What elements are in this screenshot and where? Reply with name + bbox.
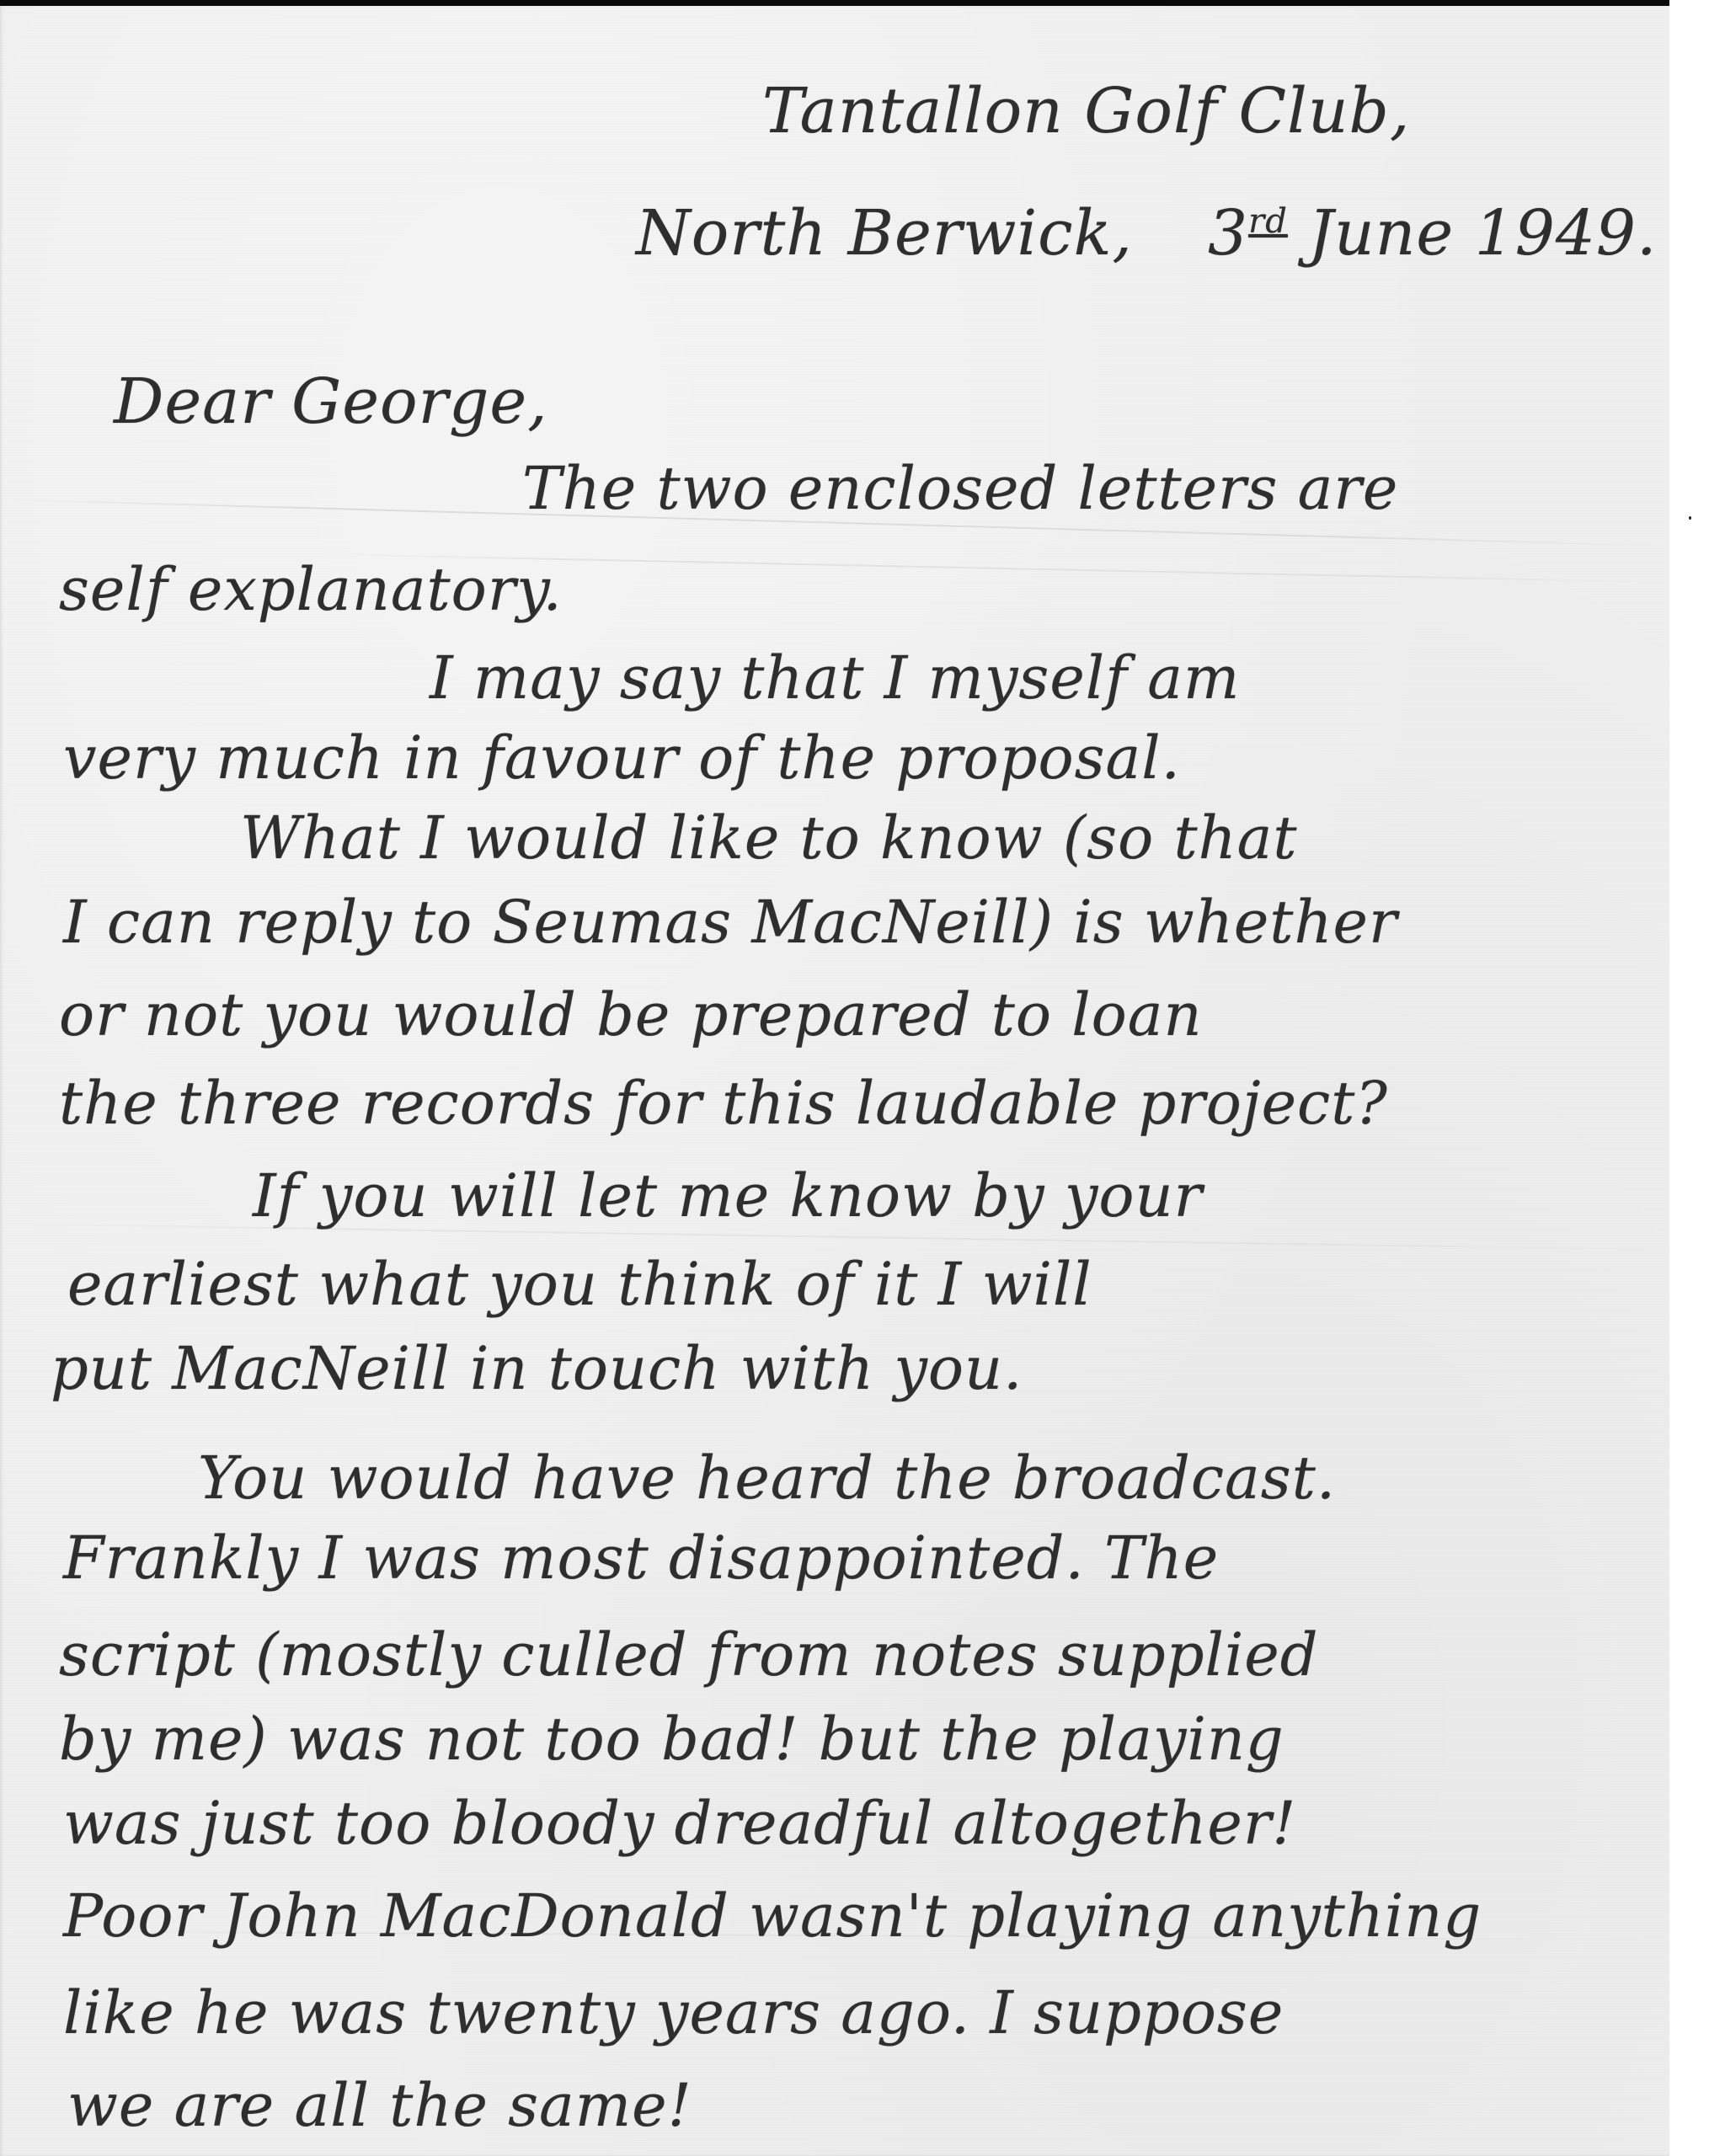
body-line: or not you would be prepared to loan: [59, 985, 1203, 1044]
body-line: Frankly I was most disappointed. The: [63, 1529, 1219, 1588]
body-line: by me) was not too bad! but the playing: [59, 1710, 1284, 1769]
body-line: I may say that I myself am: [430, 648, 1240, 707]
scan-speck: [1689, 516, 1691, 520]
body-line: like he was twenty years ago. I suppose: [63, 1983, 1284, 2042]
body-line: If you will let me know by your: [253, 1166, 1203, 1225]
body-line: we are all the same!: [67, 2076, 692, 2135]
body-line: very much in favour of the proposal.: [63, 728, 1181, 787]
scan-top-border: [0, 0, 1669, 6]
address-town: North Berwick,: [636, 197, 1133, 269]
body-line: self explanatory.: [59, 560, 563, 619]
body-line: The two enclosed letters are: [522, 459, 1398, 518]
body-line: put MacNeill in touch with you.: [51, 1339, 1023, 1398]
salutation: Dear George,: [114, 371, 548, 433]
body-line: was just too bloody dreadful altogether!: [63, 1794, 1296, 1853]
letterhead-address-line-1: Tantallon Golf Club,: [762, 80, 1410, 142]
date-month-year: June 1949.: [1308, 197, 1657, 269]
body-line: You would have heard the broadcast.: [198, 1449, 1336, 1508]
body-line: script (mostly culled from notes supplie…: [59, 1625, 1319, 1684]
address-club: Tantallon Golf Club,: [762, 75, 1410, 147]
body-line: earliest what you think of it I will: [67, 1255, 1092, 1314]
date-day: 3: [1208, 197, 1248, 269]
date-suffix: rd: [1248, 202, 1288, 241]
body-line: Poor John MacDonald wasn't playing anyth…: [63, 1886, 1482, 1945]
body-line: What I would like to know (so that: [240, 808, 1298, 867]
letterhead-address-line-2: North Berwick, 3rd June 1949.: [636, 202, 1658, 264]
body-line: I can reply to Seumas MacNeill) is wheth…: [63, 893, 1397, 952]
body-line: the three records for this laudable proj…: [59, 1074, 1388, 1133]
